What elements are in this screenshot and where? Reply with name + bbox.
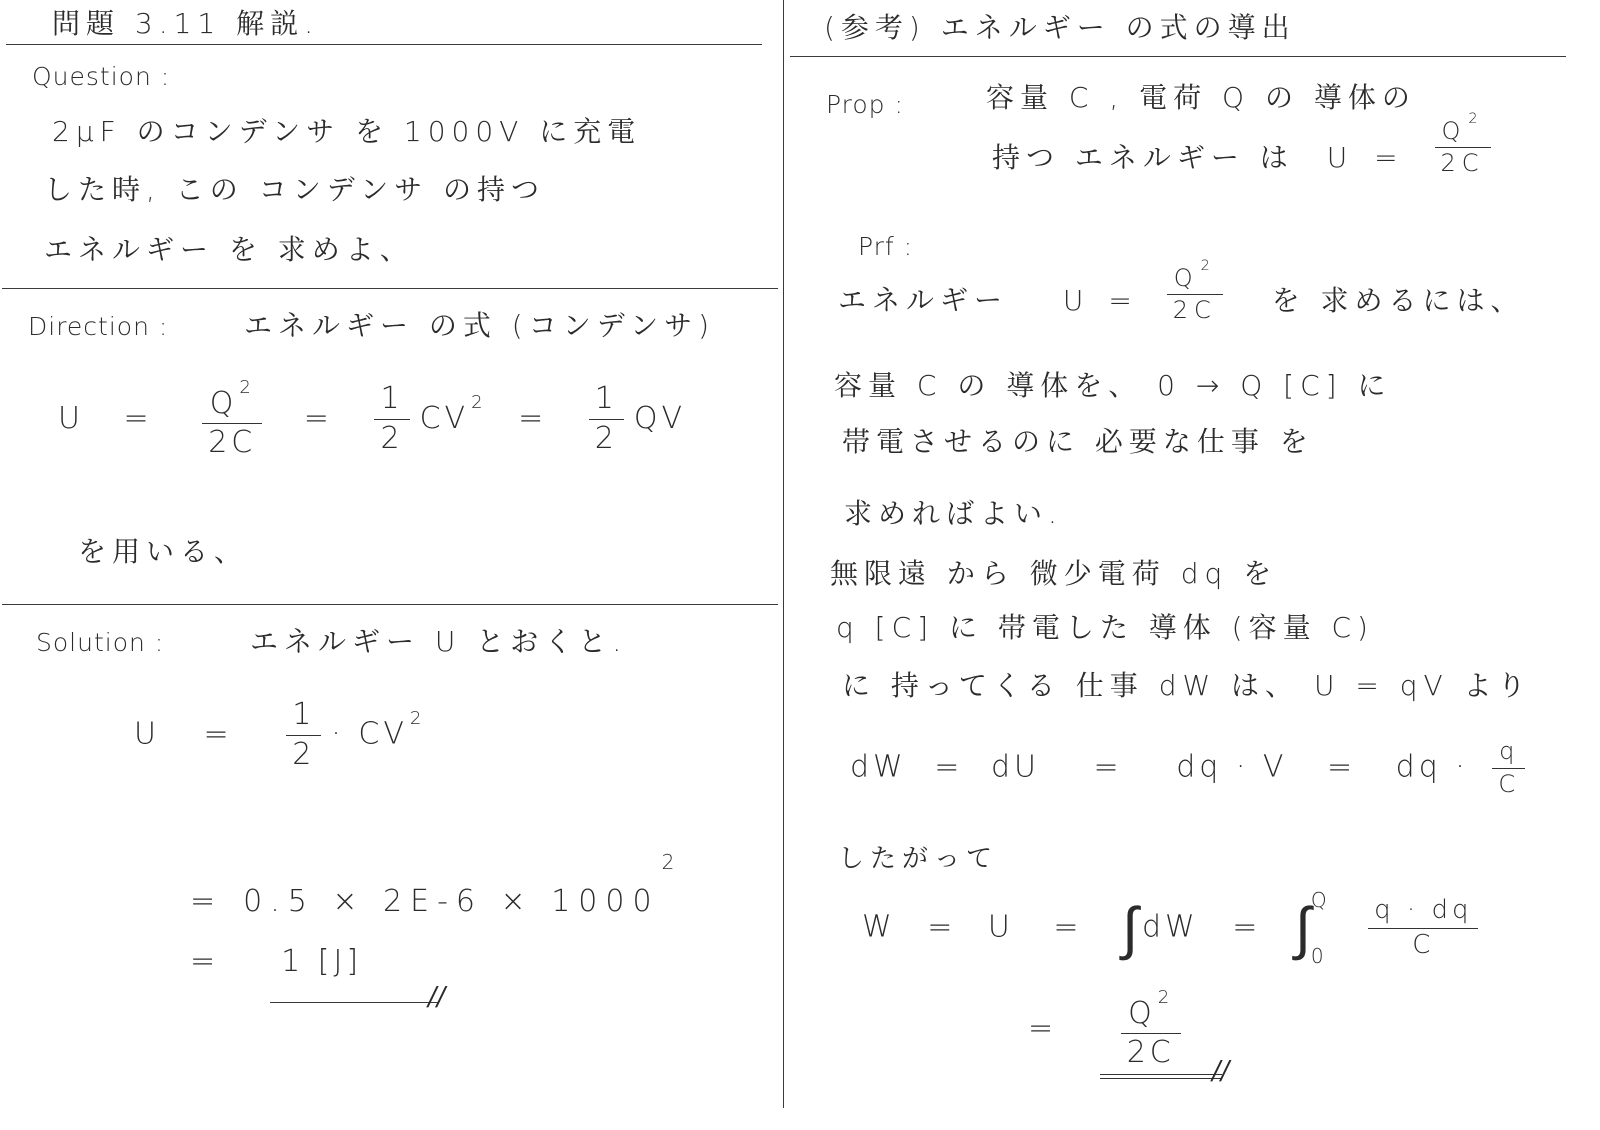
solution-step-1: U = 1 2 · CV2 — [134, 698, 425, 772]
prf-para2-line-1: 無限遠 から 微少電荷 dq を — [830, 552, 1277, 592]
question-line-2: した時, この コンデンサ の持つ — [44, 168, 545, 208]
end-mark: // — [425, 982, 448, 1012]
integral-equation: W = U = ∫dW = ∫Q0 q · dq C — [862, 888, 1488, 968]
var-u: U — [58, 401, 84, 436]
fraction-qdq-over-c: q · dq C — [1368, 896, 1478, 961]
prf-line-2: 容量 C の 導体を、 0 → Q [C] に — [834, 364, 1391, 404]
fraction-one-half: 1 2 — [589, 382, 624, 456]
term-cv: CV — [420, 401, 469, 436]
integral-limits: Q0 — [1311, 888, 1331, 968]
prf-para2-line-3: に 持ってくる 仕事 dW は、 U = qV より — [842, 664, 1532, 704]
section-divider-1 — [2, 288, 778, 289]
reference-title: (参考) エネルギー の式の導出 — [824, 6, 1296, 46]
question-label: Question : — [32, 62, 170, 91]
equals: = — [518, 401, 547, 436]
fraction-q2-over-2c: Q2 2C — [1167, 258, 1223, 325]
direction-label: Direction : — [28, 312, 168, 341]
therefore-text: したがって — [838, 838, 998, 875]
prf-para2-line-2: q [C] に 帯電した 導体 (容量 C) — [836, 606, 1374, 646]
direction-footer: を用いる、 — [78, 530, 248, 570]
prf-line-4: 求めればよい. — [844, 492, 1063, 532]
question-line-1: 2μF のコンデンサ を 1000V に充電 — [52, 110, 641, 150]
final-result: = Q2 2C — [1028, 988, 1191, 1071]
final-double-underline — [1100, 1074, 1222, 1079]
column-divider — [783, 0, 784, 1108]
end-mark: // — [1209, 1056, 1232, 1086]
solution-heading: エネルギー U とおくと. — [250, 620, 627, 660]
fraction-q2-over-2c: Q2 2C — [1435, 111, 1491, 178]
prop-label: Prop : — [826, 90, 904, 119]
direction-heading: エネルギー の式 (コンデンサ) — [244, 304, 715, 344]
fraction-q2-over-2c: Q2 2C — [1121, 988, 1181, 1071]
integral-sign-icon: ∫ — [1122, 894, 1142, 962]
prop-line-2: 持つ エネルギー は U = Q2 2C — [992, 136, 1501, 178]
fraction-one-half: 1 2 — [286, 698, 321, 772]
prop-line-1: 容量 C , 電荷 Q の 導体の — [986, 76, 1416, 116]
solution-result: =1 [J] — [190, 944, 362, 979]
term-qv: QV — [634, 401, 686, 436]
fraction-q-over-c: q C — [1492, 738, 1525, 798]
answer-underline — [270, 1002, 438, 1003]
answer-value: 1 [J] — [281, 944, 362, 979]
dw-equation: dW = dU = dq · V = dq · q C — [850, 738, 1535, 798]
equals: = — [304, 401, 333, 436]
prf-label: Prf : — [858, 232, 913, 261]
solution-label: Solution : — [36, 628, 164, 657]
reference-title-underline — [790, 56, 1566, 57]
fraction-q2-over-2c: Q2 2C — [202, 378, 262, 461]
prf-line-1: エネルギー U = Q2 2C を 求めるには、 — [838, 278, 1525, 325]
section-divider-2 — [2, 604, 778, 605]
direction-formula: U = Q2 2C = 1 2 CV2 = 1 2 QV — [58, 378, 686, 461]
problem-title: 問題 3.11 解説. — [52, 2, 319, 42]
title-underline — [6, 44, 762, 45]
question-line-3: エネルギー を 求めよ、 — [44, 228, 414, 268]
prf-line-3: 帯電させるのに 必要な仕事 を — [842, 420, 1314, 460]
fraction-one-half: 1 2 — [374, 382, 409, 456]
solution-step-2: =0.5 × 2E-6 × 10002 — [190, 850, 678, 919]
equals: = — [124, 401, 153, 436]
